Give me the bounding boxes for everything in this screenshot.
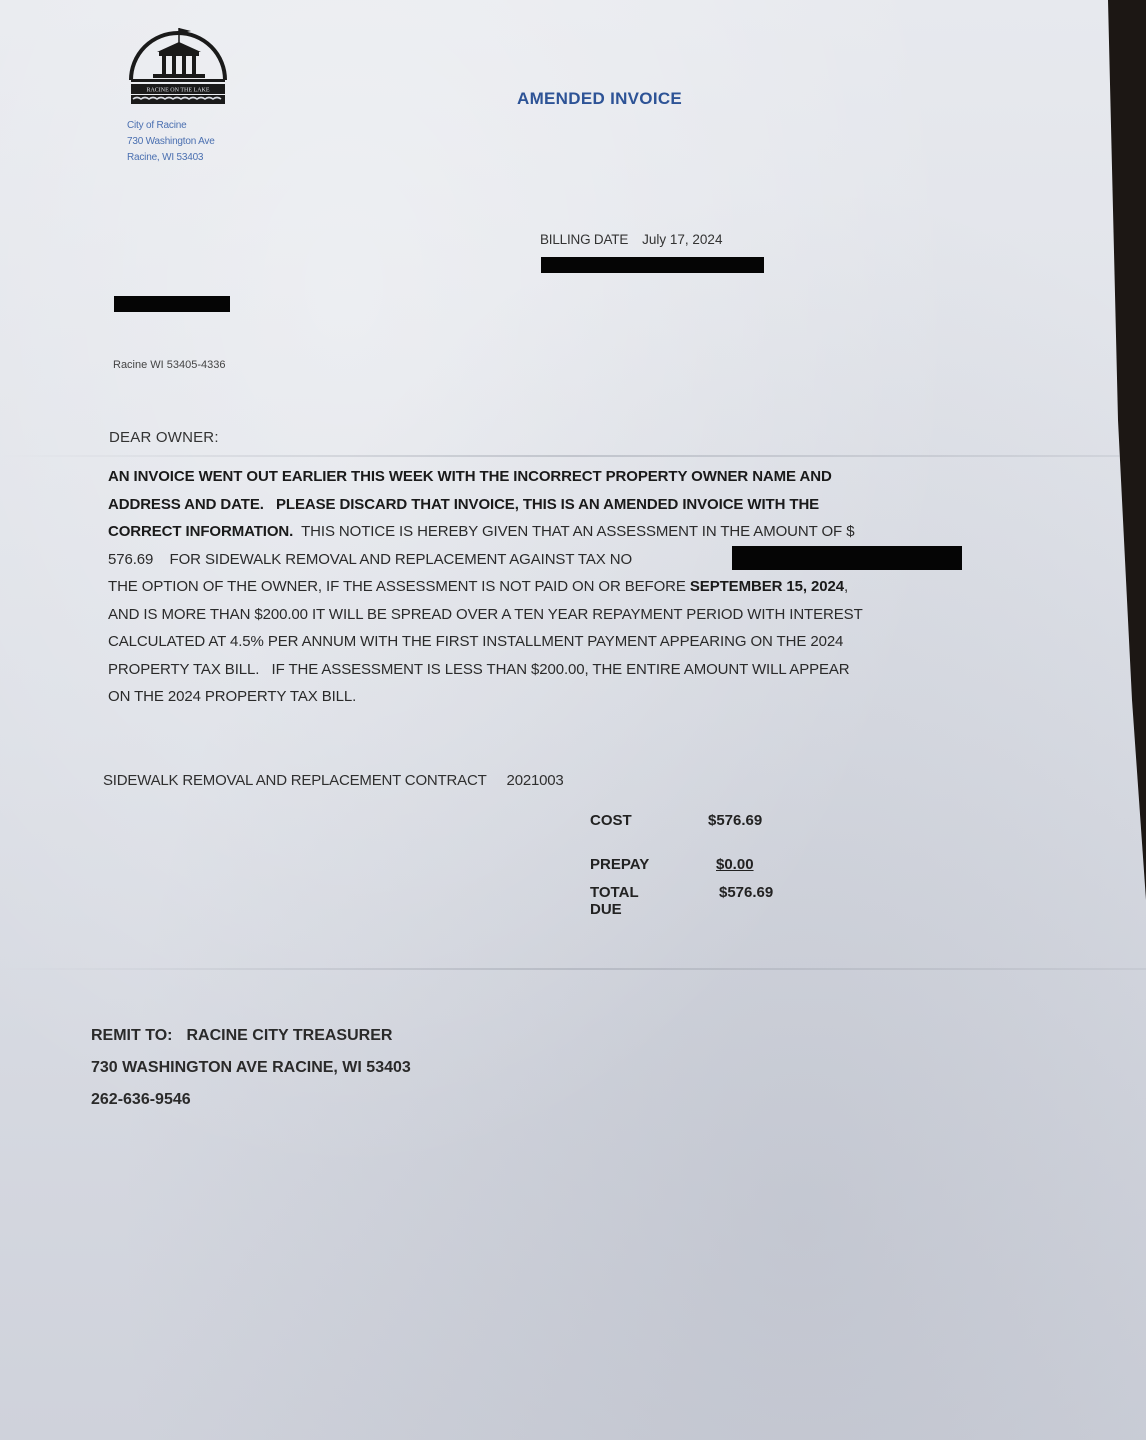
- body-line: AN INVOICE WENT OUT EARLIER THIS WEEK WI…: [108, 463, 998, 491]
- billing-date: BILLING DATEJuly 17, 2024: [540, 232, 722, 247]
- body-line: THE OPTION OF THE OWNER, IF THE ASSESSME…: [108, 573, 998, 601]
- remit-phone: 262-636-9546: [91, 1084, 411, 1116]
- body-line: AND IS MORE THAN $200.00 IT WILL BE SPRE…: [108, 601, 998, 629]
- body-text: ,: [844, 578, 848, 595]
- total-due-label: TOTAL DUE: [590, 884, 638, 918]
- remit-label: REMIT TO:: [91, 1027, 172, 1044]
- contract-line: SIDEWALK REMOVAL AND REPLACEMENT CONTRAC…: [103, 772, 564, 789]
- body-line: ADDRESS AND DATE. PLEASE DISCARD THAT IN…: [108, 491, 998, 519]
- remit-address: 730 WASHINGTON AVE RACINE, WI 53403: [91, 1052, 411, 1084]
- cost-value: $576.69: [708, 812, 762, 829]
- billing-date-value: July 17, 2024: [642, 232, 722, 247]
- salutation: DEAR OWNER:: [109, 429, 219, 446]
- invoice-paper: RACINE ON THE LAKE City of Racine 730 Wa…: [0, 0, 1146, 1440]
- remit-block: REMIT TO:RACINE CITY TREASURER 730 WASHI…: [91, 1020, 411, 1116]
- body-line: PROPERTY TAX BILL. IF THE ASSESSMENT IS …: [108, 656, 998, 684]
- return-address-line: City of Racine: [127, 118, 215, 134]
- remit-line: REMIT TO:RACINE CITY TREASURER: [91, 1020, 411, 1052]
- return-address-line: 730 Washington Ave: [127, 134, 215, 150]
- prepay-value: $0.00: [716, 856, 754, 873]
- document-title: AMENDED INVOICE: [517, 89, 682, 109]
- return-address: City of Racine 730 Washington Ave Racine…: [127, 118, 215, 166]
- recipient-city-line: Racine WI 53405-4336: [113, 359, 226, 371]
- body-line: ON THE 2024 PROPERTY TAX BILL.: [108, 683, 998, 711]
- contract-number: 2021003: [507, 772, 564, 789]
- paper-fold-line: [0, 455, 1146, 457]
- cost-label: COST: [590, 812, 632, 829]
- remit-payee: RACINE CITY TREASURER: [186, 1027, 392, 1044]
- body-text: THE OPTION OF THE OWNER, IF THE ASSESSME…: [108, 578, 690, 595]
- return-address-line: Racine, WI 53403: [127, 150, 215, 166]
- racine-gazebo-logo-icon: RACINE ON THE LAKE: [127, 22, 229, 106]
- redaction-bar: [541, 257, 764, 273]
- svg-text:RACINE ON THE LAKE: RACINE ON THE LAKE: [146, 88, 209, 94]
- body-line: CALCULATED AT 4.5% PER ANNUM WITH THE FI…: [108, 628, 998, 656]
- redaction-bar: [114, 296, 230, 312]
- body-line: CORRECT INFORMATION. THIS NOTICE IS HERE…: [108, 518, 998, 546]
- billing-date-label: BILLING DATE: [540, 232, 628, 247]
- prepay-label: PREPAY: [590, 856, 649, 873]
- tax-number-redaction: [732, 546, 962, 570]
- total-due-value: $576.69: [719, 884, 773, 901]
- body-bold-text: CORRECT INFORMATION.: [108, 523, 293, 540]
- body-text: 576.69 FOR SIDEWALK REMOVAL AND REPLACEM…: [108, 551, 632, 568]
- body-text: THIS NOTICE IS HEREBY GIVEN THAT AN ASSE…: [293, 523, 854, 540]
- notice-body: AN INVOICE WENT OUT EARLIER THIS WEEK WI…: [108, 463, 998, 711]
- contract-label: SIDEWALK REMOVAL AND REPLACEMENT CONTRAC…: [103, 772, 487, 789]
- due-date: SEPTEMBER 15, 2024: [690, 578, 844, 595]
- paper-fold-line: [0, 968, 1146, 970]
